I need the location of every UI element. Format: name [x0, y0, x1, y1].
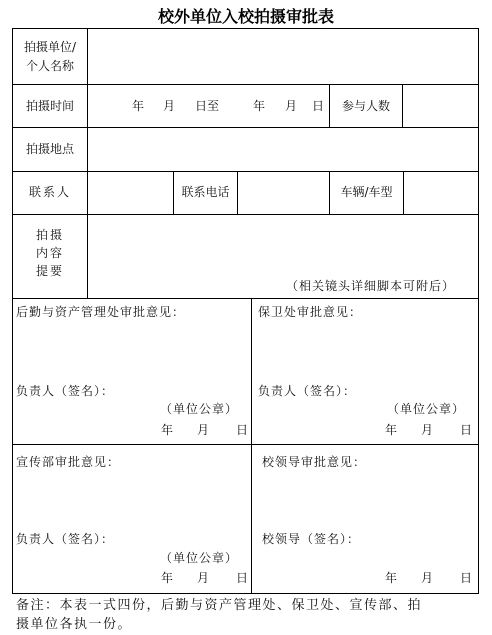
- leadership-date-month: 月: [421, 569, 433, 587]
- security-seal-label: （单位公章）: [387, 400, 465, 418]
- content-note: （相关镜头详细脚本可附后）: [286, 277, 455, 295]
- logistics-date-day: 日: [236, 421, 248, 439]
- logistics-signer-label: 负责人（签名）：: [16, 382, 114, 400]
- logistics-approval-field[interactable]: [14, 322, 250, 378]
- vehicle-field[interactable]: [405, 173, 477, 213]
- security-approval-field[interactable]: [253, 322, 477, 378]
- content-label-line3: 提要: [13, 262, 87, 280]
- col-divider: [237, 171, 238, 214]
- shooting-time-field[interactable]: [89, 86, 328, 126]
- participants-field[interactable]: [404, 86, 477, 126]
- publicity-approval-field[interactable]: [14, 472, 250, 528]
- leadership-approval-heading: 校领导审批意见：: [262, 453, 366, 471]
- label-column-divider: [87, 28, 88, 298]
- row-divider: [12, 444, 479, 445]
- logistics-date-year: 年: [161, 421, 173, 439]
- table-border-bottom: [12, 593, 479, 594]
- contact-label: 联系人: [13, 183, 87, 201]
- content-label-line2: 内容: [13, 244, 87, 262]
- publicity-signer-label: 负责人（签名）：: [16, 530, 114, 548]
- unit-label-line2: 个人名称: [13, 57, 87, 75]
- table-border-right: [478, 28, 479, 594]
- row-divider: [12, 298, 479, 299]
- leadership-date-day: 日: [460, 569, 472, 587]
- publicity-approval-heading: 宣传部审批意见：: [16, 453, 120, 471]
- security-date-year: 年: [385, 421, 397, 439]
- footnote-line2: 摄单位各执一份。: [16, 615, 132, 635]
- publicity-date-day: 日: [236, 569, 248, 587]
- security-approval-heading: 保卫处审批意见：: [258, 303, 362, 321]
- content-label-line1: 拍摄: [13, 226, 87, 244]
- col-divider: [403, 171, 404, 214]
- approval-divider: [251, 298, 252, 594]
- phone-label: 联系电话: [174, 183, 237, 201]
- footnote-line1: 备注：本表一式四份，后勤与资产管理处、保卫处、宣传部、拍: [16, 596, 422, 616]
- phone-field[interactable]: [239, 173, 328, 213]
- participants-label: 参与人数: [330, 97, 402, 115]
- logistics-approval-heading: 后勤与资产管理处审批意见：: [16, 303, 185, 321]
- leadership-date-year: 年: [385, 569, 397, 587]
- unit-label-line1: 拍摄单位/: [13, 38, 87, 56]
- row-divider: [12, 214, 479, 215]
- publicity-date-month: 月: [197, 569, 209, 587]
- unit-name-field[interactable]: [89, 30, 477, 83]
- row-divider: [12, 127, 479, 128]
- content-summary-field[interactable]: [89, 216, 477, 276]
- time-label: 拍摄时间: [13, 97, 87, 115]
- security-date-month: 月: [421, 421, 433, 439]
- location-field[interactable]: [89, 129, 477, 170]
- location-label: 拍摄地点: [13, 140, 87, 158]
- contact-field[interactable]: [89, 173, 172, 213]
- table-border-top: [12, 28, 479, 29]
- logistics-date-month: 月: [197, 421, 209, 439]
- security-signer-label: 负责人（签名）：: [258, 382, 356, 400]
- row-divider: [12, 84, 479, 85]
- logistics-seal-label: （单位公章）: [160, 400, 238, 418]
- leadership-signer-label: 校领导（签名）：: [262, 530, 360, 548]
- form-title: 校外单位入校拍摄审批表: [0, 4, 492, 27]
- security-date-day: 日: [460, 421, 472, 439]
- row-divider: [12, 171, 479, 172]
- vehicle-label: 车辆/车型: [330, 183, 403, 201]
- publicity-seal-label: （单位公章）: [160, 549, 238, 567]
- leadership-approval-field[interactable]: [253, 472, 477, 528]
- publicity-date-year: 年: [161, 569, 173, 587]
- col-divider: [402, 84, 403, 127]
